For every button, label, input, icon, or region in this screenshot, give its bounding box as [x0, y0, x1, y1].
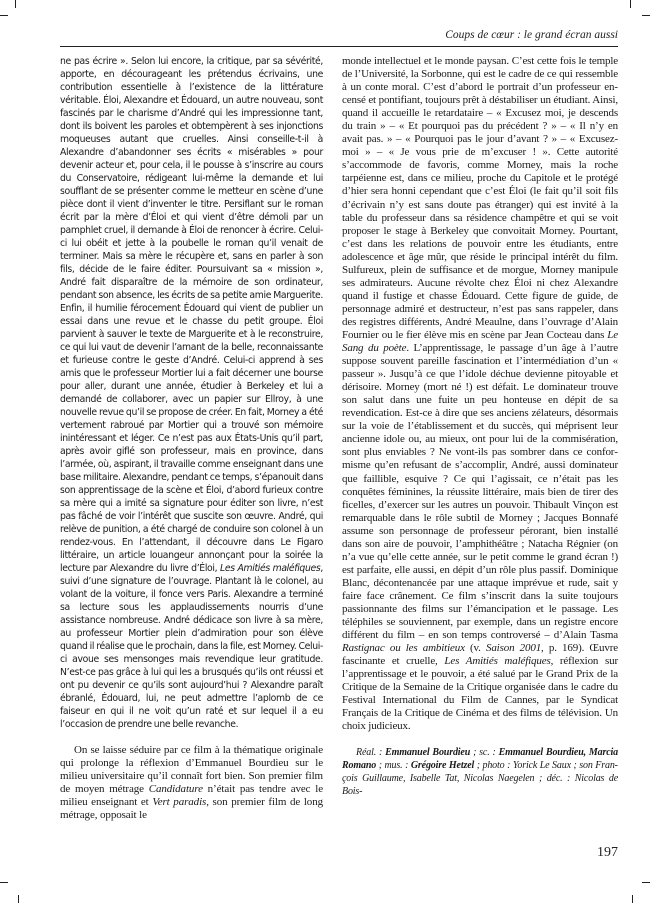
crop-mark-top-left-vertical [15, 0, 16, 8]
crop-mark-top-right-vertical [630, 0, 631, 8]
left-paragraph-2: On se laisse séduire par ce film à la th… [60, 744, 323, 822]
right-column: monde intellectuel et le monde paysan. C… [342, 55, 618, 798]
composer-name: Grégoire Hetzel [411, 760, 474, 771]
director-name: Emmanuel Bourdieu [385, 747, 470, 758]
running-head: Coups de cœur : le grand écran aussi [60, 28, 618, 44]
left-paragraph-1: ne pas écrire ». Selon lui encore, la cr… [60, 55, 323, 731]
crop-mark-top-right-horizontal [642, 15, 650, 16]
crop-mark-bottom-right-horizontal [642, 882, 650, 883]
film-title: Vert paradis [152, 796, 206, 808]
crop-mark-bottom-right-vertical [632, 895, 633, 903]
crop-mark-top-left-horizontal [0, 15, 8, 16]
page-number: 197 [540, 845, 618, 861]
film-title: Les Amitiés maléfiques [444, 655, 550, 667]
right-paragraph: monde intellectuel et le monde paysan. C… [342, 55, 618, 733]
left-column: ne pas écrire ». Selon lui encore, la cr… [60, 55, 323, 822]
film-title: Les Amitiés maléfiques [220, 563, 320, 574]
crop-mark-bottom-left-horizontal [0, 882, 8, 883]
header-rule [60, 46, 618, 47]
film-credits: Réal. : Emmanuel Bourdieu ; sc. : Emmanu… [342, 746, 618, 798]
crop-mark-bottom-left-vertical [18, 895, 19, 903]
film-title: Rastignac ou les ambi­tieux [342, 642, 465, 654]
publication-title: Saison 2001 [486, 642, 541, 654]
film-title: Candidature [149, 783, 203, 795]
